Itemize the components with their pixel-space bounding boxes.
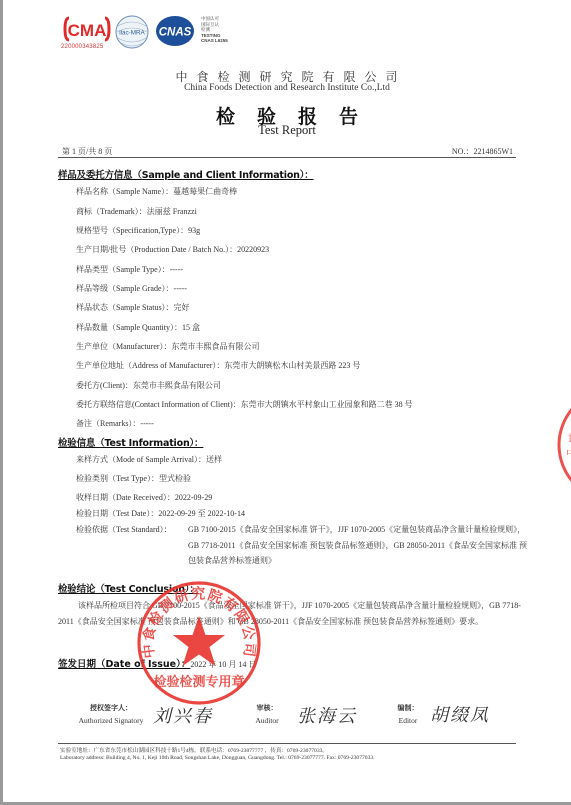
sample-row: 生产单位地址（Address of Manufacturer）：东莞市大朗镇松木… <box>76 360 360 371</box>
report-title-en: Test Report <box>3 123 571 138</box>
conclusion-heading: 检验结论（Test Conclusion）： <box>58 581 199 595</box>
page-number: 第 1 页/共 8 页 <box>62 146 112 157</box>
authorized-signatory-label: 授权签字人： Authorized Signatory <box>71 703 151 725</box>
auditor-label: 审核： Auditor <box>250 703 284 725</box>
footer-address-en: Laboratory address: Building 4, No. 1, K… <box>60 755 375 761</box>
cma-logo-icon: CMA <box>63 14 111 44</box>
editor-label: 编制： Editor <box>391 703 425 725</box>
sample-section-heading: 样品及委托方信息（Sample and Client Information）： <box>58 167 314 181</box>
cross-page-seal-icon: 食 中 <box>555 395 571 495</box>
header-divider <box>58 157 516 158</box>
test-row: 检验类别（Test Type）：型式检验 <box>76 473 191 484</box>
sample-row: 样品名称（Sample Name）：蔓越莓果仁曲奇棒 <box>76 186 237 197</box>
svg-text:食: 食 <box>567 431 571 444</box>
sample-row: 委托方(Client)：东莞市丰熙食品有限公司 <box>76 380 221 391</box>
issue-date: 签发日期（Date of Issue）：2022 年 10 月 14 日 <box>58 656 256 670</box>
editor-signature: 胡缀凤 <box>430 701 490 727</box>
report-number: NO.：2214865W1 <box>452 146 513 157</box>
issue-date-value: 2022 年 10 月 14 日 <box>190 660 256 669</box>
sample-row: 规格型号（Specification,Type）：93g <box>76 225 200 236</box>
test-section-heading: 检验信息（Test Information）： <box>58 435 203 449</box>
test-row: 来样方式（Mode of Sample Arrival）：送样 <box>76 454 222 465</box>
cma-number: 220000343825 <box>61 44 103 50</box>
sample-row: 样品类型（Sample Type）：----- <box>76 264 183 275</box>
svg-text:检验检测专用章: 检验检测专用章 <box>153 674 244 690</box>
organization-name-en: China Foods Detection and Research Insti… <box>3 83 571 93</box>
cnas-logo-icon: CNAS <box>155 15 195 47</box>
sample-row: 生产单位（Manufacturer）：东莞市丰熙食品有限公司 <box>76 341 260 352</box>
test-row: 收样日期（Date Received）：2022-09-29 <box>76 492 212 503</box>
conclusion-text: 该样品所检项目符合 GB 7100-2015《食品安全国家标准 饼干》，JJF … <box>58 598 528 629</box>
ilac-mra-logo-icon: ilac-MRA <box>113 14 151 50</box>
cnas-accreditation-text: 中国认可 国际互认 检测 TESTING CNAS L6255 <box>201 16 228 44</box>
auditor-signature: 张海云 <box>297 702 357 728</box>
sample-row: 商标（Trademark）：法丽兹 Franzzi <box>76 206 197 217</box>
svg-text:ilac-MRA: ilac-MRA <box>119 30 145 37</box>
test-standard-value: GB 7100-2015《食品安全国家标准 饼干》，JJF 1070-2005《… <box>188 522 528 569</box>
issue-date-label: 签发日期（Date of Issue）： <box>58 659 190 670</box>
sample-row: 委托方联络信息(Contact Information of Client)：东… <box>76 399 413 410</box>
footer-divider <box>58 743 516 744</box>
test-standard-label: 检验依据（Test Standard）： <box>76 524 172 535</box>
test-row: 检验日期（Test Date）：2022-09-29 至 2022-10-14 <box>76 508 245 519</box>
report-page: CMA 220000343825 ilac-MRA CNAS 中国认可 国际互认… <box>3 0 571 802</box>
sample-row: 样品状态（Sample Status）：完好 <box>76 302 190 313</box>
authorized-signature: 刘兴春 <box>153 702 213 728</box>
sample-row: 样品数量（Sample Quantity）：15 盒 <box>76 322 200 333</box>
svg-text:中: 中 <box>566 446 571 460</box>
sample-row: 生产日期/批号（Production Date / Batch No.）：202… <box>76 244 269 255</box>
svg-text:CMA: CMA <box>68 21 107 40</box>
svg-text:CNAS: CNAS <box>159 27 192 39</box>
sample-row: 样品等级（Sample Grade）：----- <box>76 283 187 294</box>
sample-row: 备注（Remarks）：----- <box>76 418 154 429</box>
footer-address-cn: 实验室地址：广东省东莞市松山湖园区科技十路1号4栋。联系电话：0769-2307… <box>60 746 328 754</box>
